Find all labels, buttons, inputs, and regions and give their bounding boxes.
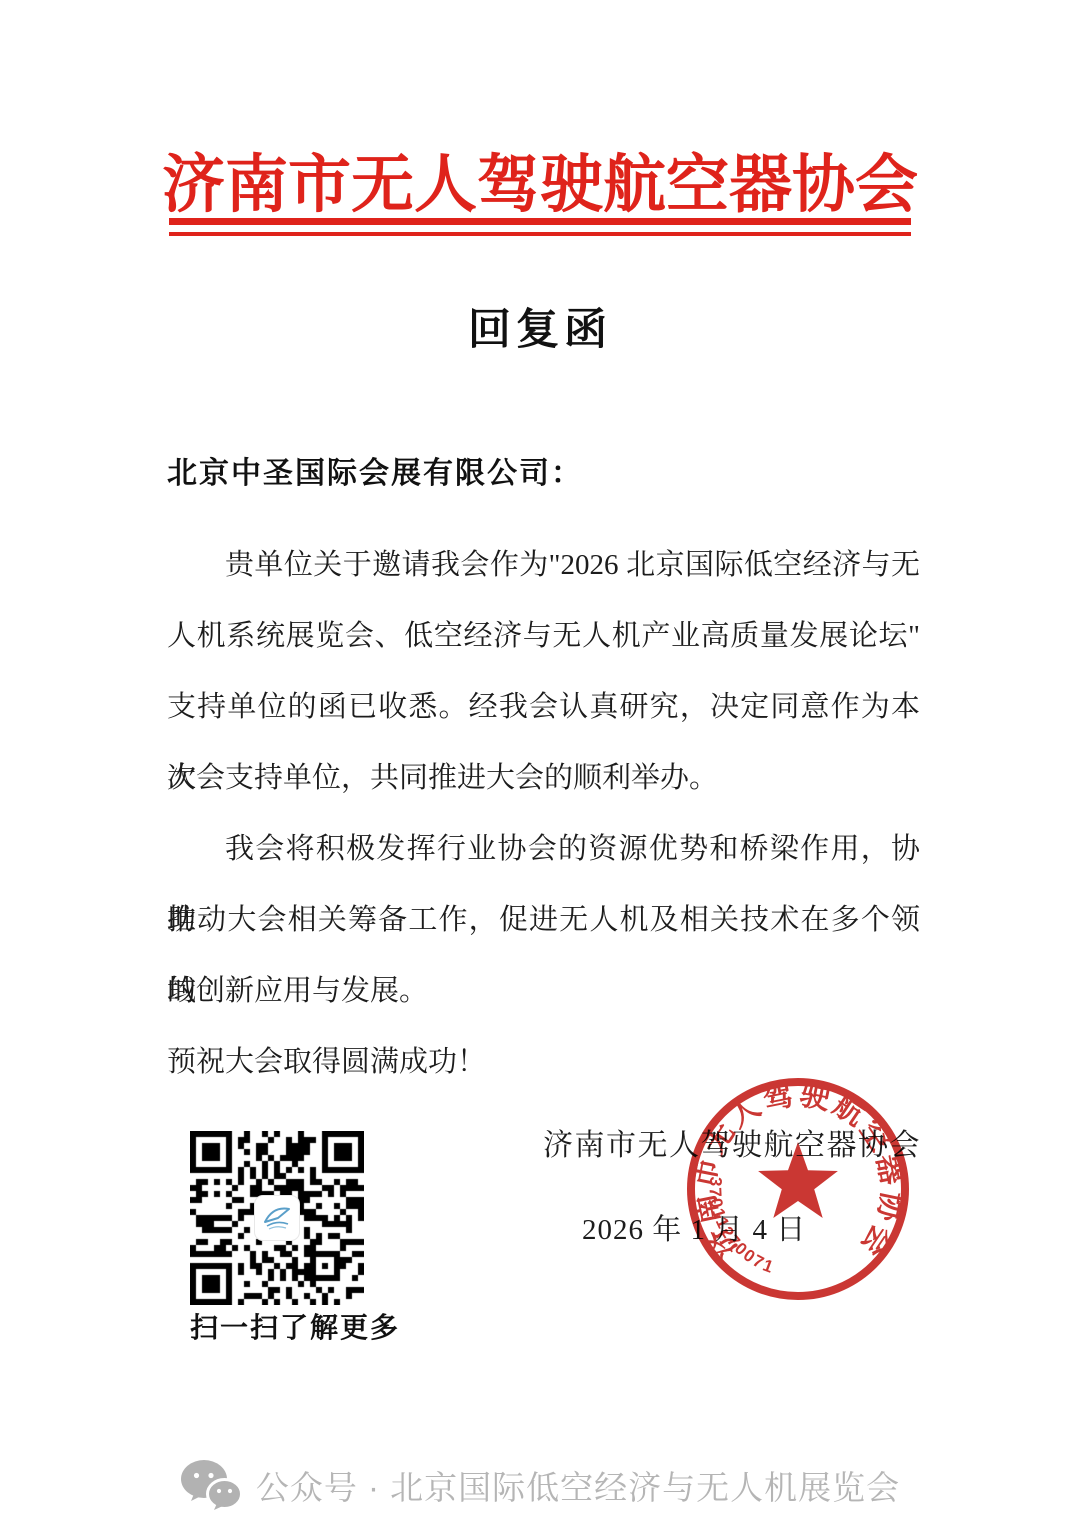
- body-line: 大会支持单位，共同推进大会的顺利举办。: [167, 743, 920, 814]
- divider-thick-line: [169, 218, 911, 225]
- official-seal-stamp: 济南市无人驾驶航空器协会 370112700715: [683, 1072, 913, 1306]
- divider-thin-line: [169, 232, 911, 236]
- seal-star-icon: [758, 1142, 838, 1218]
- body-line: 人机系统展览会、低空经济与无人机产业高质量发展论坛": [167, 601, 920, 672]
- body-line: 的创新应用与发展。: [167, 956, 920, 1027]
- letterhead-org-name: 济南市无人驾驶航空器协会: [0, 134, 1080, 225]
- letter-page: 济南市无人驾驶航空器协会 回复函 北京中圣国际会展有限公司： 贵单位关于邀请我会…: [0, 0, 1080, 1527]
- body-line: 贵单位关于邀请我会作为"2026 北京国际低空经济与无: [167, 530, 920, 601]
- qr-center-logo: [254, 1195, 300, 1241]
- letter-body: 贵单位关于邀请我会作为"2026 北京国际低空经济与无 人机系统展览会、低空经济…: [167, 530, 920, 1098]
- qr-caption: 扫一扫了解更多: [190, 1306, 400, 1346]
- letter-title: 回复函: [0, 296, 1080, 357]
- footer-account-label[interactable]: 公众号 · 北京国际低空经济与无人机展览会: [256, 1462, 900, 1509]
- body-line: 我会将积极发挥行业协会的资源优势和桥梁作用，协助: [167, 814, 920, 885]
- footer-bar: 公众号 · 北京国际低空经济与无人机展览会: [0, 1455, 1080, 1515]
- letterhead-divider: [169, 218, 911, 236]
- body-line: 推动大会相关筹备工作，促进无人机及相关技术在多个领域: [167, 885, 920, 956]
- qr-logo-drone-icon: [259, 1200, 295, 1236]
- body-line: 支持单位的函已收悉。经我会认真研究，决定同意作为本次: [167, 672, 920, 743]
- wechat-icon: [180, 1459, 242, 1511]
- qr-code[interactable]: [190, 1131, 364, 1305]
- addressee-line: 北京中圣国际会展有限公司：: [167, 448, 920, 492]
